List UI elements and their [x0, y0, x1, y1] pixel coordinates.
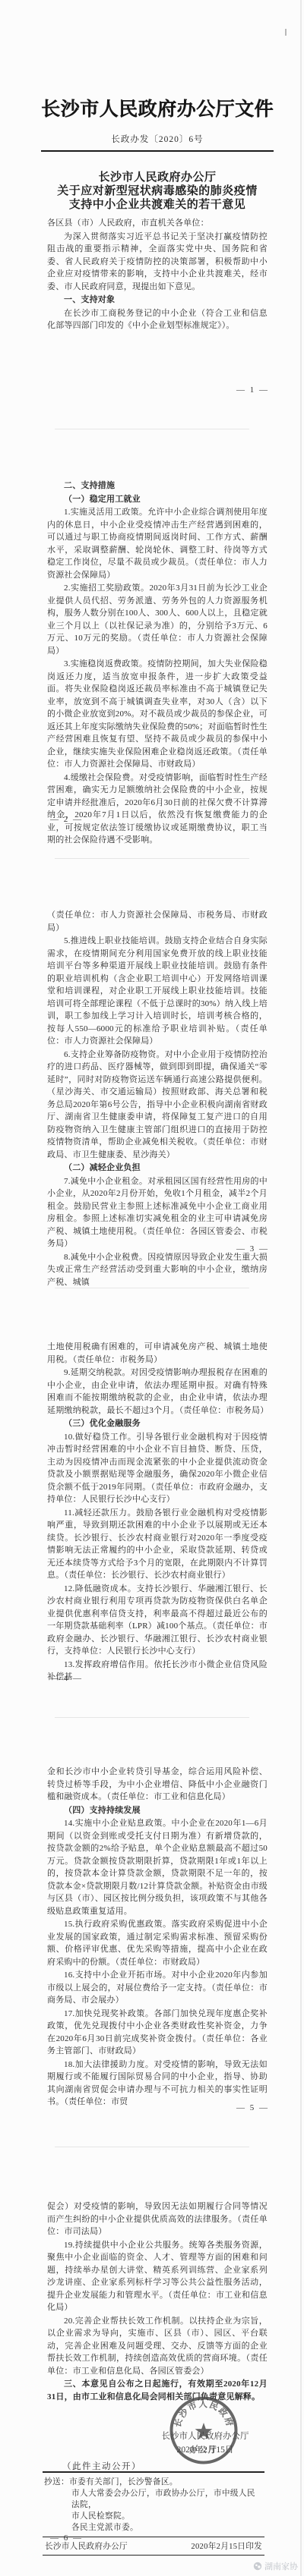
policy-item-8: 8.减免中小企业税费。因疫情原因导致企业发生重大损失或正常生产经营活动受到重大影… — [47, 1251, 268, 1289]
page-3: （责任单位：市人力资源社会保障局、市税务局、市财政局） 5.推进线上职业技能培训… — [0, 859, 304, 1288]
page-1: 长沙市人民政府办公厅文件 长政办发〔2020〕6号 长沙市人民政府办公厅 关于应… — [0, 0, 304, 429]
policy-item-18: 18.加大法律援助力度。对受疫情的影响，导致无法如期履行或不能履行国际贸易合同的… — [47, 2059, 268, 2109]
watermark-logo-icon — [253, 2562, 262, 2571]
scanned-document: 长沙市人民政府办公厅文件 长政办发〔2020〕6号 长沙市人民政府办公厅 关于应… — [0, 0, 304, 2576]
policy-item-7: 7.减免中小企业租金。对承租园区国有经营性用房的中小企业，从2020年2月份开始… — [47, 1175, 268, 1250]
header-divider-line — [41, 150, 274, 152]
page-gap-line — [55, 858, 249, 859]
subsection-3-heading: （三）优化金融服务 — [47, 1417, 268, 1430]
page-2: 二、支持措施 （一）稳定用工就业 1.实施灵活用工政策。允许中小企业综合调剂使用… — [0, 429, 304, 859]
policy-item-20: 20.完善企业帮扶长效工作机制。以扶持企业为宗旨，以企业需求为导向，实施市、区县… — [47, 2315, 268, 2378]
section-2-heading: 二、支持措施 — [47, 480, 268, 492]
policy-item-15: 15.执行政府采购优惠政策。落实政府采购促进中小企业发展的国家政策，通过制定采购… — [47, 1918, 268, 1968]
copy-to-block: 抄送：市委有关部门，长沙警备区。 市人大常委会办公厅，市政协办公厅，市中级人民法… — [43, 2471, 264, 2556]
policy-item-17: 17.加快兑现奖补政策。各部门加快兑现年度惠企奖补政策，优先兑现拨付中小企业各类… — [47, 2008, 268, 2058]
print-footer-row: 长沙市人民政府办公厅 2020年2月15日印发 — [43, 2537, 264, 2556]
print-footer-org: 长沙市人民政府办公厅 — [45, 2540, 128, 2552]
subsection-2-heading: （二）减轻企业负担 — [47, 1162, 268, 1175]
official-seal: 长沙市人民政府 办公厅 — [169, 2395, 239, 2465]
intro-paragraph: 为深入贯彻落实习近平总书记关于坚决打赢疫情防控阻击战的重要指示精神，全面落实党中… — [47, 231, 268, 294]
page-4: 土地使用税确有困难的，可申请减免房产税、城镇土地使用税。（责任单位：市税务局） … — [0, 1288, 304, 1718]
policy-item-16: 16.支持中小企业开拓市场。对中小企业2020年内参加市级以上展会的，对展位费给… — [47, 1969, 268, 2007]
policy-item-5: 5.推进线上职业技能培训。鼓励支持企业结合自身实际需求，在疫情期间充分利用国家免… — [47, 935, 268, 1048]
copy-to-line-2: 市人大常委会办公厅，市政协办公厅，市中级人民法院， — [44, 2488, 263, 2511]
policy-item-4-continued: （责任单位：市人力资源社会保障局、市税务局、市财政局） — [47, 909, 268, 934]
copy-to-line-1: 抄送：市委有关部门，长沙警备区。 — [44, 2477, 263, 2488]
page-5: 金和长沙市中小企业转贷引导基金，综合运用风险补偿、转贷过桥等手段，为中小企业增信… — [0, 1718, 304, 2147]
policy-item-3: 3.实施稳岗返费政策。疫情防控期间，加大失业保险稳岗返还力度，适当放宽申报条件，… — [47, 658, 268, 771]
page-number-1: — 1 — — [236, 385, 269, 395]
policy-item-13-continued: 金和长沙市中小企业转贷引导基金，综合运用风险补偿、转贷过桥等手段，为中小企业增信… — [47, 1766, 268, 1804]
page-number-5: — 5 — — [236, 2103, 269, 2112]
print-footer-date: 2020年2月15日印发 — [191, 2540, 262, 2552]
policy-item-9: 9.延期交纳税款。对因受疫情影响办理报税存在困难的中小企业，由企业申请，依法办理… — [47, 1367, 268, 1417]
copy-to-line-4: 各民主党派市委。 — [44, 2522, 263, 2534]
scan-mark — [285, 29, 287, 36]
subsection-1-heading: （一）稳定用工就业 — [47, 493, 268, 506]
policy-item-2: 2.实施招工奖励政策。2020年3月31日前为长沙工业企业提供人员代招、劳务派遣… — [47, 582, 268, 657]
page-number-3: — 3 — — [236, 1244, 269, 1253]
policy-item-6: 6.支持企业筹备防疫物资。对中小企业用于疫情防控治疗的进口药品、医疗器械等，做到… — [47, 1049, 268, 1162]
page-number-4: — 4 — — [50, 1674, 83, 1683]
section-1-heading: 一、支持对象 — [47, 294, 268, 307]
subsection-4-heading: （四）支持持续发展 — [47, 1804, 268, 1817]
masthead-title: 长沙市人民政府办公厅文件 — [36, 94, 278, 121]
policy-item-19: 19.持续提供中小企业公共服务。统筹各类服务资源，聚焦中小企业面临的资金、人才、… — [47, 2239, 268, 2314]
policy-item-4: 4.缓缴社会保险费。对受疫情影响，面临暂时性生产经营困难，确实无力足额缴纳社会保… — [47, 772, 268, 847]
seal-center-text: 办公厅 — [189, 2445, 218, 2455]
scan-edge-line — [300, 0, 302, 2576]
copy-to-line-3: 市人民检察院。 — [44, 2511, 263, 2522]
disclosure-note: （此件主动公开） — [62, 2460, 141, 2472]
doc-number: 长政办发〔2020〕6号 — [47, 133, 268, 145]
doc-title-line-2: 关于应对新型冠状病毒感染的肺炎疫情 — [47, 184, 268, 198]
page-6: 促会）对受疫情的影响，导致因无法如期履行合同等情况而产生纠纷的中小企业提供优质高… — [0, 2147, 304, 2576]
page-gap-line — [55, 429, 249, 429]
support-target-paragraph: 在长沙市工商税务登记的中小企业（符合工业和信息化部等四部门印发的《中小企业划型标… — [47, 307, 268, 332]
watermark: 湖南家协 — [253, 2560, 298, 2572]
doc-title-line-1: 长沙市人民政府办公厅 — [47, 171, 268, 184]
salutation: 各区县（市）人民政府，市直机关各单位： — [47, 217, 268, 230]
policy-item-1: 1.实施灵活用工政策。允许中小企业综合调剂使用年度内的休息日，中小企业受疫情冲击… — [47, 506, 268, 581]
seal-star-icon — [195, 2423, 213, 2439]
policy-item-14: 14.实施中小企业贴息政策。中小企业在2020年1—6月期间（以资金到账或受托支… — [47, 1817, 268, 1917]
watermark-text: 湖南家协 — [264, 2560, 298, 2572]
policy-item-10: 10.做好稳贷工作。引导各银行业金融机构对于因疫情冲击暂时经营困难的中小企业不盲… — [47, 1431, 268, 1506]
copy-to-lines: 抄送：市委有关部门，长沙警备区。 市人大常委会办公厅，市政协办公厅，市中级人民法… — [43, 2471, 264, 2537]
doc-title-line-3: 支持中小企业共渡难关的若干意见 — [47, 198, 268, 212]
policy-item-12: 12.降低融资成本。支持长沙银行、华融湘江银行、长沙农村商业银行利用专项再贷款为… — [47, 1583, 268, 1658]
page-gap-line — [55, 1717, 249, 1718]
doc-title: 长沙市人民政府办公厅 关于应对新型冠状病毒感染的肺炎疫情 支持中小企业共渡难关的… — [47, 171, 268, 212]
page-gap-line — [55, 2147, 249, 2147]
policy-item-11: 11.减轻还款压力。鼓励各银行业金融机构对受疫情影响严重，导致到期还款困难的中小… — [47, 1507, 268, 1582]
page-number-2: — 2 — — [50, 815, 83, 824]
policy-item-18-continued: 促会）对受疫情的影响，导致因无法如期履行合同等情况而产生纠纷的中小企业提供优质高… — [47, 2200, 268, 2238]
page-gap-line — [55, 1288, 249, 1288]
policy-item-8-continued: 土地使用税确有困难的，可申请减免房产税、城镇土地使用税。（责任单位：市税务局） — [47, 1341, 268, 1366]
